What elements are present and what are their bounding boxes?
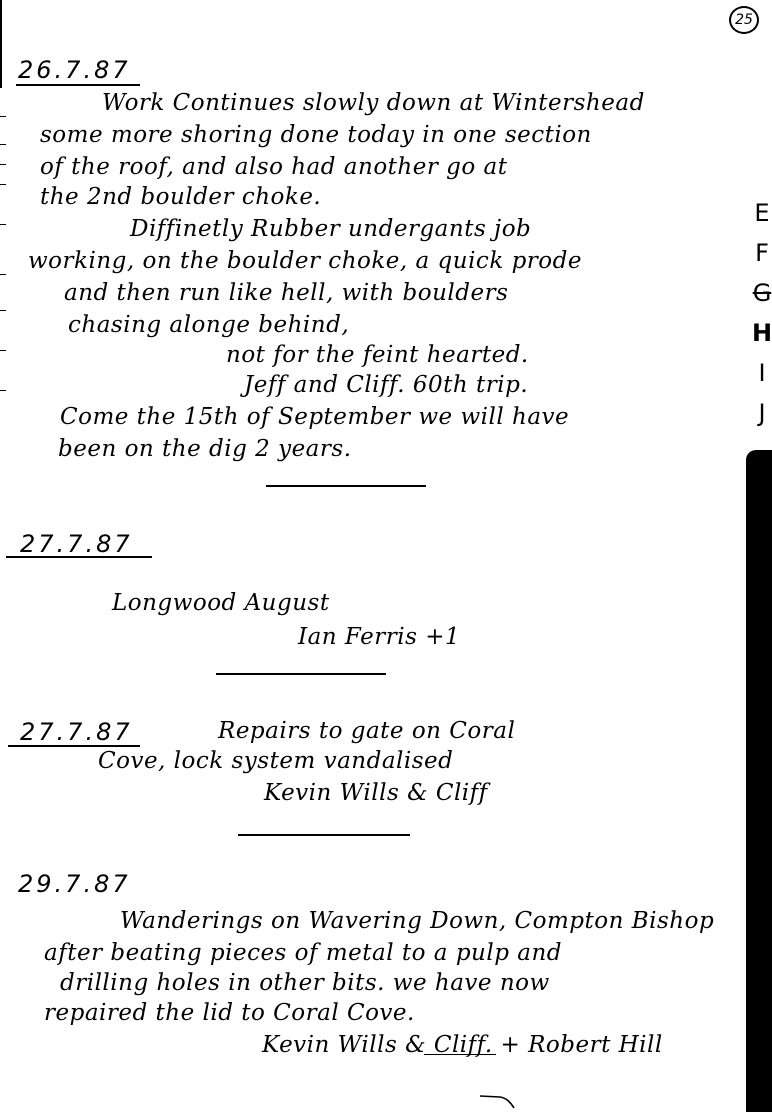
margin-mark — [0, 184, 6, 185]
entry-line: and then run like hell, with boulders — [64, 280, 508, 306]
entry-line: some more shoring done today in one sect… — [40, 122, 592, 148]
page-number: 25 — [729, 6, 759, 34]
entry-line: Work Continues slowly down at Wintershea… — [102, 90, 645, 116]
date-underline — [16, 84, 140, 86]
logbook-page: 25 E F G H I J 26.7.87 Work Continues sl… — [0, 0, 772, 1112]
entry-line: chasing alonge behind, — [68, 312, 349, 338]
entry-line: Diffinetly Rubber undergants job — [130, 216, 531, 242]
entry-line: repaired the lid to Coral Cove. — [44, 1000, 415, 1026]
entry-line: Longwood August — [112, 590, 330, 616]
entry-date: 29.7.87 — [18, 870, 131, 898]
alphabet-index-tabs: E F G H I J — [752, 193, 772, 433]
entry-separator — [238, 834, 410, 836]
signature-underline — [424, 1054, 496, 1055]
margin-mark — [0, 390, 6, 391]
entry-line: Ian Ferris +1 — [298, 624, 460, 650]
entry-line: been on the dig 2 years. — [58, 436, 352, 462]
entry-line: Jeff and Cliff. 60th trip. — [244, 372, 528, 398]
index-tab-f[interactable]: F — [752, 233, 772, 273]
entry-date: 27.7.87 — [20, 530, 133, 558]
margin-mark — [0, 164, 6, 165]
entry-date: 26.7.87 — [18, 56, 131, 84]
entry-line: working, on the boulder choke, a quick p… — [28, 248, 582, 274]
scan-edge-shadow — [746, 450, 772, 1112]
margin-mark — [0, 116, 6, 117]
margin-mark — [0, 144, 6, 145]
entry-line: the 2nd boulder choke. — [40, 184, 321, 210]
binding-edge — [0, 0, 2, 88]
entry-line: of the roof, and also had another go at — [40, 154, 507, 180]
entry-line: Wanderings on Wavering Down, Compton Bis… — [120, 908, 714, 934]
entry-separator — [266, 485, 426, 487]
entry-separator — [216, 673, 386, 675]
margin-mark — [0, 350, 6, 351]
entry-line: Cove, lock system vandalised — [98, 748, 453, 774]
entry-line: after beating pieces of metal to a pulp … — [44, 940, 562, 966]
entry-date: 27.7.87 — [20, 718, 133, 746]
entry-line: drilling holes in other bits. we have no… — [60, 970, 550, 996]
entry-line: Come the 15th of September we will have — [60, 404, 569, 430]
index-tab-h[interactable]: H — [752, 313, 772, 353]
margin-mark — [0, 274, 6, 275]
date-underline — [8, 745, 140, 747]
date-underline — [6, 556, 152, 558]
index-tab-e[interactable]: E — [752, 193, 772, 233]
index-tab-i[interactable]: I — [752, 353, 772, 393]
entry-line: Repairs to gate on Coral — [218, 718, 515, 744]
entry-line: Kevin Wills & Cliff — [264, 780, 488, 806]
margin-mark — [0, 310, 6, 311]
pen-stroke-mark — [478, 1092, 528, 1112]
margin-mark — [0, 224, 6, 225]
index-tab-j[interactable]: J — [752, 393, 772, 433]
entry-line: not for the feint hearted. — [226, 342, 529, 368]
index-tab-g[interactable]: G — [752, 273, 772, 313]
